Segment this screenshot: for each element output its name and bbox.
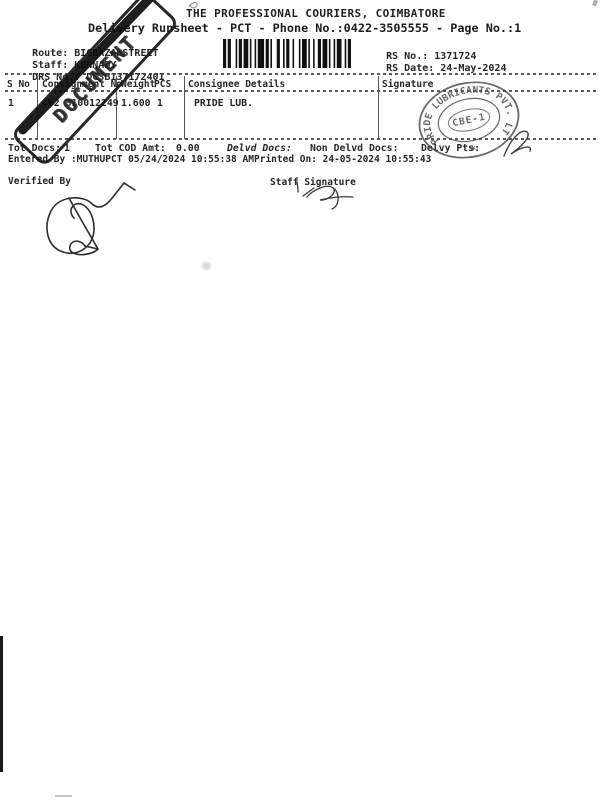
receiver-round-stamp: PRIDE LUBRICANTS PVT. LTD. CBE-1 * — [397, 70, 543, 170]
scan-edge-line — [0, 636, 3, 772]
company-name: THE PROFESSIONAL COURIERS, COIMBATORE — [186, 7, 446, 20]
verified-by-label: Verified By — [8, 176, 71, 187]
table-column-divider — [378, 76, 379, 139]
staff-signature-label: Staff Signature — [270, 177, 356, 188]
scan-bottom-mark — [55, 795, 72, 797]
tot-cod-label: Tot COD Amt: — [95, 143, 166, 154]
row-pcs: 1 — [157, 98, 163, 109]
stamp-star-glyph: * — [469, 143, 478, 157]
col-header-sno: S No — [7, 79, 30, 90]
barcode-icon — [223, 39, 351, 68]
table-column-divider — [184, 76, 185, 139]
scan-smudge — [202, 262, 211, 270]
row-weight: 1.600 — [121, 98, 151, 109]
scan-corner-mark — [592, 0, 598, 7]
col-header-pcs: PCS — [154, 79, 171, 90]
verified-by-signature — [47, 183, 135, 255]
tot-cod-value: 0.00 — [176, 143, 200, 154]
delivery-runsheet-scan: THE PROFESSIONAL COURIERS, COIMBATORE De… — [0, 0, 600, 800]
row-sno: 1 — [8, 98, 14, 109]
row-consignee: PRIDE LUB. — [194, 98, 253, 109]
delvd-docs-label: Delvd Docs: — [227, 143, 292, 154]
col-header-consignee: Consignee Details — [188, 79, 285, 90]
non-delvd-docs-label: Non Delvd Docs: — [310, 143, 398, 154]
stamp-ring-text: PRIDE LUBRICANTS PVT. LTD. — [384, 54, 520, 160]
